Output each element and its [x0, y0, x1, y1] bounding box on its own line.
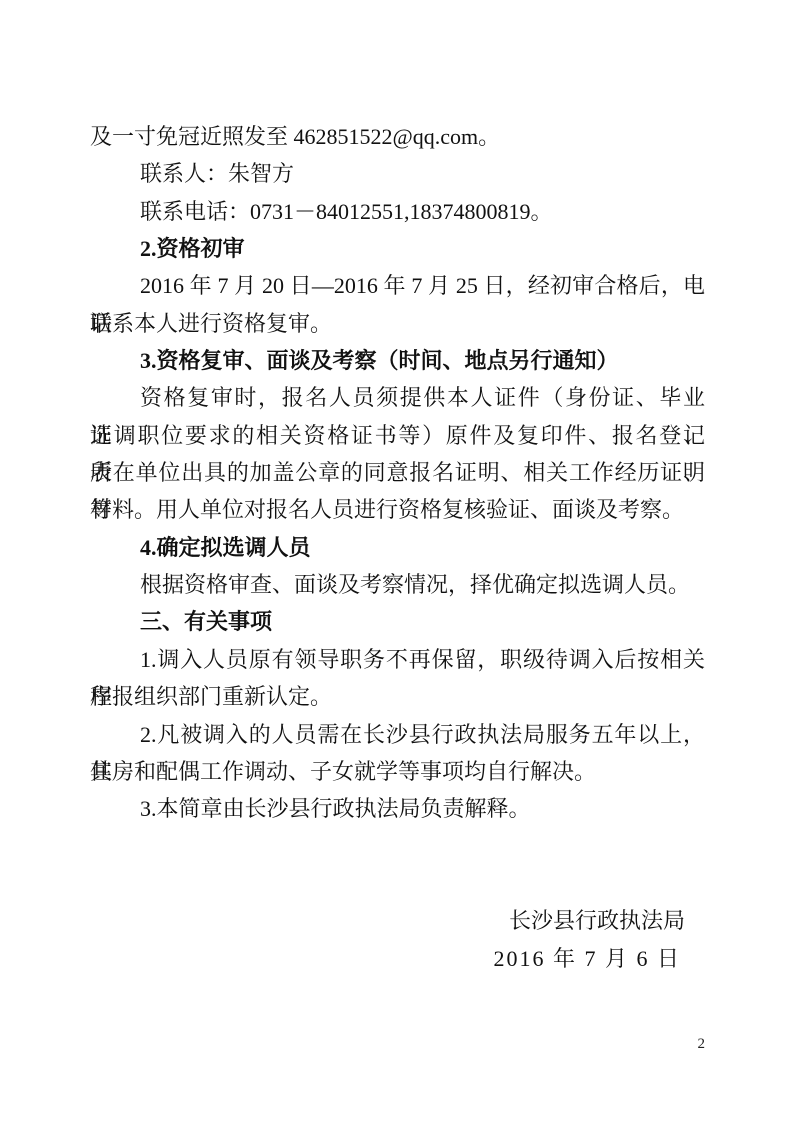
page-number: 2: [698, 1036, 706, 1053]
text-line: 联系电话：0731－84012551,18374800819。: [90, 193, 705, 230]
text-line: 3.本简章由长沙县行政执法局负责解释。: [90, 790, 705, 827]
text-line: 所在单位出具的加盖公章的同意报名证明、相关工作经历证明等: [90, 454, 705, 491]
text-line: 材料。用人单位对报名人员进行资格复核验证、面谈及考察。: [90, 491, 705, 528]
signature-block: 长沙县行政执法局 2016 年 7 月 6 日: [90, 902, 705, 977]
text-line: 2.资格初审: [90, 230, 705, 267]
text-line: [90, 865, 705, 902]
text-line: 根据资格审查、面谈及考察情况，择优确定拟选调人员。: [90, 566, 705, 603]
document-body: 及一寸免冠近照发至 462851522@qq.com。联系人：朱智方联系电话：0…: [90, 118, 705, 977]
text-line: 2.凡被调入的人员需在长沙县行政执法局服务五年以上，其: [90, 716, 705, 753]
text-lines: 及一寸免冠近照发至 462851522@qq.com。联系人：朱智方联系电话：0…: [90, 118, 705, 902]
text-line: 及一寸免冠近照发至 462851522@qq.com。: [90, 118, 705, 155]
signature-organization: 长沙县行政执法局: [90, 902, 705, 939]
text-line: [90, 828, 705, 865]
document-page: 及一寸免冠近照发至 462851522@qq.com。联系人：朱智方联系电话：0…: [0, 0, 793, 1123]
text-line: 选调职位要求的相关资格证书等）原件及复印件、报名登记表、: [90, 417, 705, 454]
text-line: 序报组织部门重新认定。: [90, 678, 705, 715]
text-line: 资格复审时，报名人员须提供本人证件（身份证、毕业证、: [90, 379, 705, 416]
signature-date: 2016 年 7 月 6 日: [90, 940, 705, 977]
text-line: 3.资格复审、面谈及考察（时间、地点另行通知）: [90, 342, 705, 379]
text-line: 1.调入人员原有领导职务不再保留，职级待调入后按相关程: [90, 641, 705, 678]
text-line: 联系本人进行资格复审。: [90, 305, 705, 342]
text-line: 4.确定拟选调人员: [90, 529, 705, 566]
text-line: 联系人：朱智方: [90, 155, 705, 192]
text-line: 三、有关事项: [90, 603, 705, 640]
text-line: 2016 年 7 月 20 日—2016 年 7 月 25 日，经初审合格后，电…: [90, 267, 705, 304]
text-line: 住房和配偶工作调动、子女就学等事项均自行解决。: [90, 753, 705, 790]
